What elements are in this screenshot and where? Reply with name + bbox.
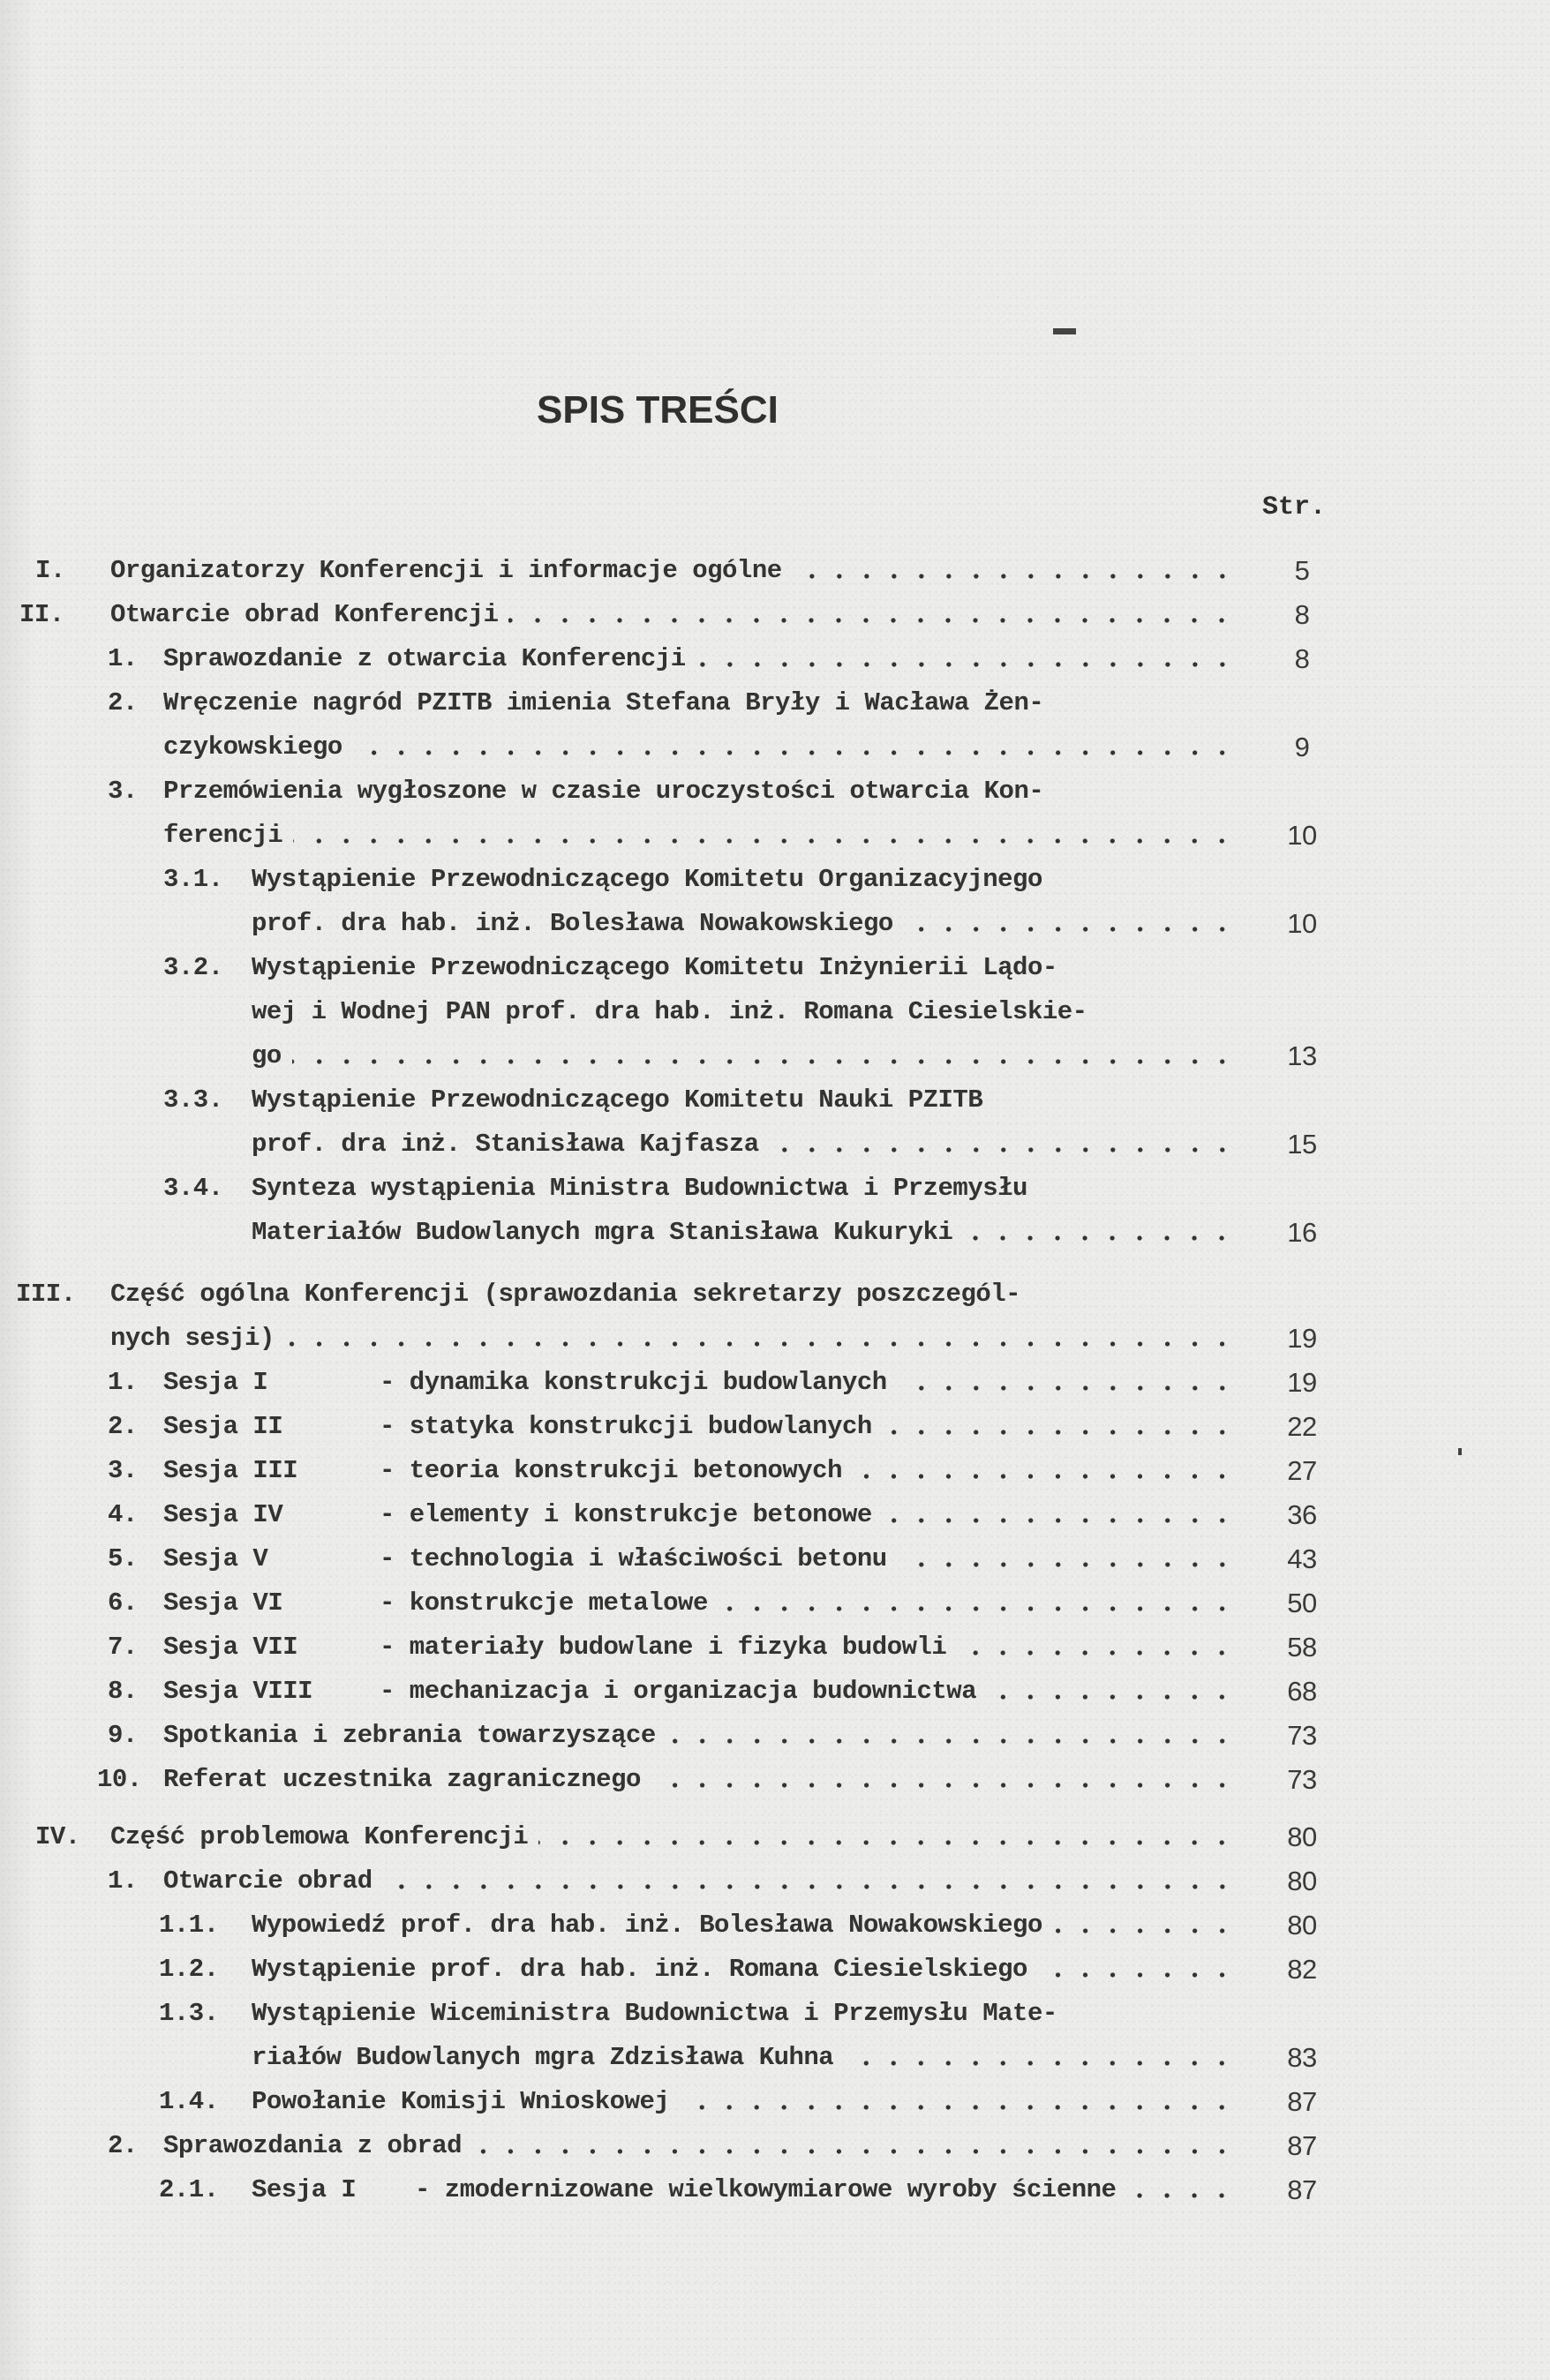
entry-title: - materiały budowlane i fizyka budowli <box>380 1628 946 1667</box>
entry-number: 2.1. <box>159 2171 219 2210</box>
dot-leader <box>666 1716 1236 1755</box>
toc-entry[interactable]: 2.Sprawozdania z obrad87 <box>0 2127 1550 2166</box>
dot-leader <box>1038 1950 1236 1989</box>
entry-title: Otwarcie obrad <box>163 1862 372 1901</box>
page-number: 73 <box>1271 1716 1333 1755</box>
session-label: Sesja II <box>163 1408 282 1446</box>
entry-number: 2. <box>108 2127 138 2166</box>
entry-number: 8. <box>108 1672 138 1711</box>
page-number: 80 <box>1271 1906 1333 1945</box>
entry-title: Otwarcie obrad Konferencji <box>110 596 498 634</box>
toc-entry[interactable]: 2.Sesja II- statyka konstrukcji budowlan… <box>0 1408 1550 1446</box>
dot-leader <box>696 640 1236 679</box>
entry-number: 3.4. <box>163 1169 223 1208</box>
entry-title: Synteza wystąpienia Ministra Budownictwa… <box>252 1169 1027 1208</box>
entry-number: IV. <box>35 1818 80 1857</box>
entry-title: Spotkania i zebrania towarzyszące <box>163 1716 656 1755</box>
entry-title: - elementy i konstrukcje betonowe <box>380 1496 872 1535</box>
entry-title: - statyka konstrukcji budowlanych <box>380 1408 872 1446</box>
dot-leader <box>383 1862 1236 1901</box>
dot-leader <box>1126 2171 1236 2210</box>
entry-title: riałów Budowlanych mgra Zdzisława Kuhna <box>252 2038 833 2077</box>
entry-number: 1.1. <box>159 1906 219 1945</box>
entry-title: go <box>252 1037 282 1076</box>
page-number: 16 <box>1271 1213 1333 1252</box>
entry-title: - dynamika konstrukcji budowlanych <box>380 1363 887 1402</box>
page-number: 83 <box>1271 2038 1333 2077</box>
entry-number: 1.4. <box>159 2083 219 2121</box>
dot-leader <box>680 2083 1236 2121</box>
toc-entry-continuation[interactable]: wej i Wodnej PAN prof. dra hab. inż. Rom… <box>0 993 1550 1032</box>
toc-entry[interactable]: 2.1.Sesja I- zmodernizowane wielkowymiar… <box>0 2171 1550 2210</box>
session-label: Sesja V <box>163 1540 267 1579</box>
dot-leader <box>651 1761 1236 1799</box>
toc-entry[interactable]: 1.3.Wystąpienie Wiceministra Budownictwa… <box>0 1994 1550 2033</box>
entry-title: Wystąpienie Przewodniczącego Komitetu Na… <box>252 1081 982 1120</box>
entry-number: 3.2. <box>163 949 223 987</box>
entry-number: III. <box>16 1275 76 1314</box>
entry-title: Wystąpienie Przewodniczącego Komitetu In… <box>252 949 1057 987</box>
dot-leader <box>508 596 1236 634</box>
session-label: Sesja I <box>252 2171 356 2210</box>
page-number: 68 <box>1271 1672 1333 1711</box>
dot-leader <box>538 1818 1236 1857</box>
session-label: Sesja I <box>163 1363 267 1402</box>
session-label: Sesja VII <box>163 1628 297 1667</box>
dot-leader <box>898 1363 1236 1402</box>
entry-number: 7. <box>108 1628 138 1667</box>
toc-entry-continuation[interactable]: czykowskiego9 <box>0 728 1550 767</box>
session-label: Sesja VIII <box>163 1672 312 1711</box>
session-label: Sesja III <box>163 1452 297 1490</box>
entry-title: Materiałów Budowlanych mgra Stanisława K… <box>252 1213 952 1252</box>
toc-entry-continuation[interactable]: ferencji10 <box>0 816 1550 855</box>
dot-leader <box>293 816 1236 855</box>
page-number: 36 <box>1271 1496 1333 1535</box>
entry-number: 3. <box>108 772 138 811</box>
entry-title: czykowskiego <box>163 728 342 767</box>
dot-leader <box>987 1672 1236 1711</box>
toc-entry[interactable]: 3.2.Wystąpienie Przewodniczącego Komitet… <box>0 949 1550 987</box>
toc-entry[interactable]: 8.Sesja VIII- mechanizacja i organizacja… <box>0 1672 1550 1711</box>
entry-title: Część problemowa Konferencji <box>110 1818 528 1857</box>
toc-entry[interactable]: 4.Sesja IV- elementy i konstrukcje beton… <box>0 1496 1550 1535</box>
dot-leader <box>770 1125 1236 1164</box>
dot-leader <box>853 1452 1236 1490</box>
dot-leader <box>1053 1906 1236 1945</box>
toc-entry[interactable]: IV.Część problemowa Konferencji80 <box>0 1818 1550 1857</box>
dot-leader <box>898 1540 1236 1579</box>
toc-entry-continuation[interactable]: nych sesji)19 <box>0 1319 1550 1358</box>
toc-entry-continuation[interactable]: riałów Budowlanych mgra Zdzisława Kuhna8… <box>0 2038 1550 2077</box>
page-number: 13 <box>1271 1037 1333 1076</box>
entry-title: Wystąpienie Przewodniczącego Komitetu Or… <box>252 860 1042 899</box>
dot-leader <box>883 1496 1236 1535</box>
entry-title: prof. dra hab. inż. Bolesława Nowakowski… <box>252 905 893 943</box>
toc-entry[interactable]: 3.Sesja III- teoria konstrukcji betonowy… <box>0 1452 1550 1490</box>
dot-leader <box>285 1319 1236 1358</box>
toc-entry[interactable]: 3.4.Synteza wystąpienia Ministra Budowni… <box>0 1169 1550 1208</box>
entry-title: Powołanie Komisji Wnioskowej <box>252 2083 669 2121</box>
page-number: 80 <box>1271 1818 1333 1857</box>
page-number: 10 <box>1271 905 1333 943</box>
page-column-header: Str. <box>1262 492 1326 522</box>
toc-entry[interactable]: 1.Otwarcie obrad80 <box>0 1862 1550 1901</box>
page-number: 87 <box>1271 2127 1333 2166</box>
entry-number: 6. <box>108 1584 138 1623</box>
page-number: 87 <box>1271 2083 1333 2121</box>
toc-entry-continuation[interactable]: Materiałów Budowlanych mgra Stanisława K… <box>0 1213 1550 1252</box>
entry-number: 3.3. <box>163 1081 223 1120</box>
session-label: Sesja IV <box>163 1496 282 1535</box>
entry-number: I. <box>35 552 65 590</box>
dot-leader <box>957 1628 1236 1667</box>
toc-entry[interactable]: 1.1.Wypowiedź prof. dra hab. inż. Bolesł… <box>0 1906 1550 1945</box>
entry-title: Sprawozdania z obrad <box>163 2127 462 2166</box>
dot-leader <box>963 1213 1236 1252</box>
page-number: 58 <box>1271 1628 1333 1667</box>
entry-number: 2. <box>108 684 138 723</box>
toc-entry-continuation[interactable]: go13 <box>0 1037 1550 1076</box>
entry-title: prof. dra inż. Stanisława Kajfasza <box>252 1125 759 1164</box>
scan-speck <box>1458 1448 1462 1455</box>
dot-leader <box>793 552 1236 590</box>
entry-title: Referat uczestnika zagranicznego <box>163 1761 641 1799</box>
entry-title: Wystąpienie Wiceministra Budownictwa i P… <box>252 1994 1057 2033</box>
toc-entry[interactable]: 1.Sprawozdanie z otwarcia Konferencji8 <box>0 640 1550 679</box>
page-number: 19 <box>1271 1319 1333 1358</box>
dot-leader <box>353 728 1236 767</box>
entry-number: 3. <box>108 1452 138 1490</box>
entry-title: Organizatorzy Konferencji i informacje o… <box>110 552 782 590</box>
entry-title: - technologia i właściwości betonu <box>380 1540 887 1579</box>
dot-leader <box>844 2038 1236 2077</box>
entry-number: 9. <box>108 1716 138 1755</box>
toc-entry[interactable]: 1.Sesja I- dynamika konstrukcji budowlan… <box>0 1363 1550 1402</box>
entry-title: - mechanizacja i organizacja budownictwa <box>380 1672 976 1711</box>
toc-entry[interactable]: 3.3.Wystąpienie Przewodniczącego Komitet… <box>0 1081 1550 1120</box>
dot-leader <box>719 1584 1236 1623</box>
entry-title: nych sesji) <box>110 1319 275 1358</box>
page-number: 82 <box>1271 1950 1333 1989</box>
entry-number: 1.3. <box>159 1994 219 2033</box>
entry-title: - konstrukcje metalowe <box>380 1584 708 1623</box>
entry-title: - teoria konstrukcji betonowych <box>380 1452 842 1490</box>
toc-entry[interactable]: I.Organizatorzy Konferencji i informacje… <box>0 552 1550 590</box>
entry-number: 1. <box>108 1862 138 1901</box>
entry-number: 5. <box>108 1540 138 1579</box>
entry-number: 1. <box>108 1363 138 1402</box>
entry-number: 2. <box>108 1408 138 1446</box>
page-number: 19 <box>1271 1363 1333 1402</box>
entry-number: 1.2. <box>159 1950 219 1989</box>
toc-entry-continuation[interactable]: prof. dra hab. inż. Bolesława Nowakowski… <box>0 905 1550 943</box>
entry-title: wej i Wodnej PAN prof. dra hab. inż. Rom… <box>252 993 1087 1032</box>
entry-number: 1. <box>108 640 138 679</box>
page-title: SPIS TREŚCI <box>537 388 779 432</box>
page-number: 8 <box>1271 596 1333 634</box>
page-number: 50 <box>1271 1584 1333 1623</box>
page-number: 43 <box>1271 1540 1333 1579</box>
entry-title: Sprawozdanie z otwarcia Konferencji <box>163 640 686 679</box>
entry-title: Przemówienia wygłoszone w czasie uroczys… <box>163 772 1043 811</box>
entry-title: Wręczenie nagród PZITB imienia Stefana B… <box>163 684 1043 723</box>
entry-title: Część ogólna Konferencji (sprawozdania s… <box>110 1275 1020 1314</box>
toc-entry[interactable]: 5.Sesja V- technologia i właściwości bet… <box>0 1540 1550 1579</box>
entry-number: II. <box>19 596 64 634</box>
page-number: 8 <box>1271 640 1333 679</box>
page-number: 9 <box>1271 728 1333 767</box>
page-number: 10 <box>1271 816 1333 855</box>
scan-speck <box>1053 328 1076 334</box>
dot-leader <box>292 1037 1236 1076</box>
page-number: 73 <box>1271 1761 1333 1799</box>
toc-entry[interactable]: 10.Referat uczestnika zagranicznego73 <box>0 1761 1550 1799</box>
toc-entry-continuation[interactable]: prof. dra inż. Stanisława Kajfasza15 <box>0 1125 1550 1164</box>
toc-entry[interactable]: II.Otwarcie obrad Konferencji8 <box>0 596 1550 634</box>
toc-entry[interactable]: 3.Przemówienia wygłoszone w czasie urocz… <box>0 772 1550 811</box>
entry-title: Wypowiedź prof. dra hab. inż. Bolesława … <box>252 1906 1042 1945</box>
page-number: 5 <box>1271 552 1333 590</box>
toc-entry[interactable]: 2.Wręczenie nagród PZITB imienia Stefana… <box>0 684 1550 723</box>
entry-title: ferencji <box>163 816 282 855</box>
toc-entry[interactable]: 1.2.Wystąpienie prof. dra hab. inż. Roma… <box>0 1950 1550 1989</box>
page-number: 80 <box>1271 1862 1333 1901</box>
session-label: Sesja VI <box>163 1584 282 1623</box>
page-number: 15 <box>1271 1125 1333 1164</box>
entry-title: Wystąpienie prof. dra hab. inż. Romana C… <box>252 1950 1027 1989</box>
toc-entry[interactable]: 7.Sesja VII- materiały budowlane i fizyk… <box>0 1628 1550 1667</box>
toc-entry[interactable]: 3.1.Wystąpienie Przewodniczącego Komitet… <box>0 860 1550 899</box>
toc-entry[interactable]: 6.Sesja VI- konstrukcje metalowe50 <box>0 1584 1550 1623</box>
page-number: 22 <box>1271 1408 1333 1446</box>
page-number: 87 <box>1271 2171 1333 2210</box>
entry-number: 3.1. <box>163 860 223 899</box>
entry-number: 4. <box>108 1496 138 1535</box>
entry-number: 10. <box>97 1761 142 1799</box>
dot-leader <box>904 905 1236 943</box>
page-number: 27 <box>1271 1452 1333 1490</box>
toc-entry[interactable]: 1.4.Powołanie Komisji Wnioskowej87 <box>0 2083 1550 2121</box>
dot-leader <box>883 1408 1236 1446</box>
toc-entry[interactable]: III.Część ogólna Konferencji (sprawozdan… <box>0 1275 1550 1314</box>
entry-title: - zmodernizowane wielkowymiarowe wyroby … <box>415 2171 1116 2210</box>
dot-leader <box>472 2127 1236 2166</box>
toc-entry[interactable]: 9.Spotkania i zebrania towarzyszące73 <box>0 1716 1550 1755</box>
